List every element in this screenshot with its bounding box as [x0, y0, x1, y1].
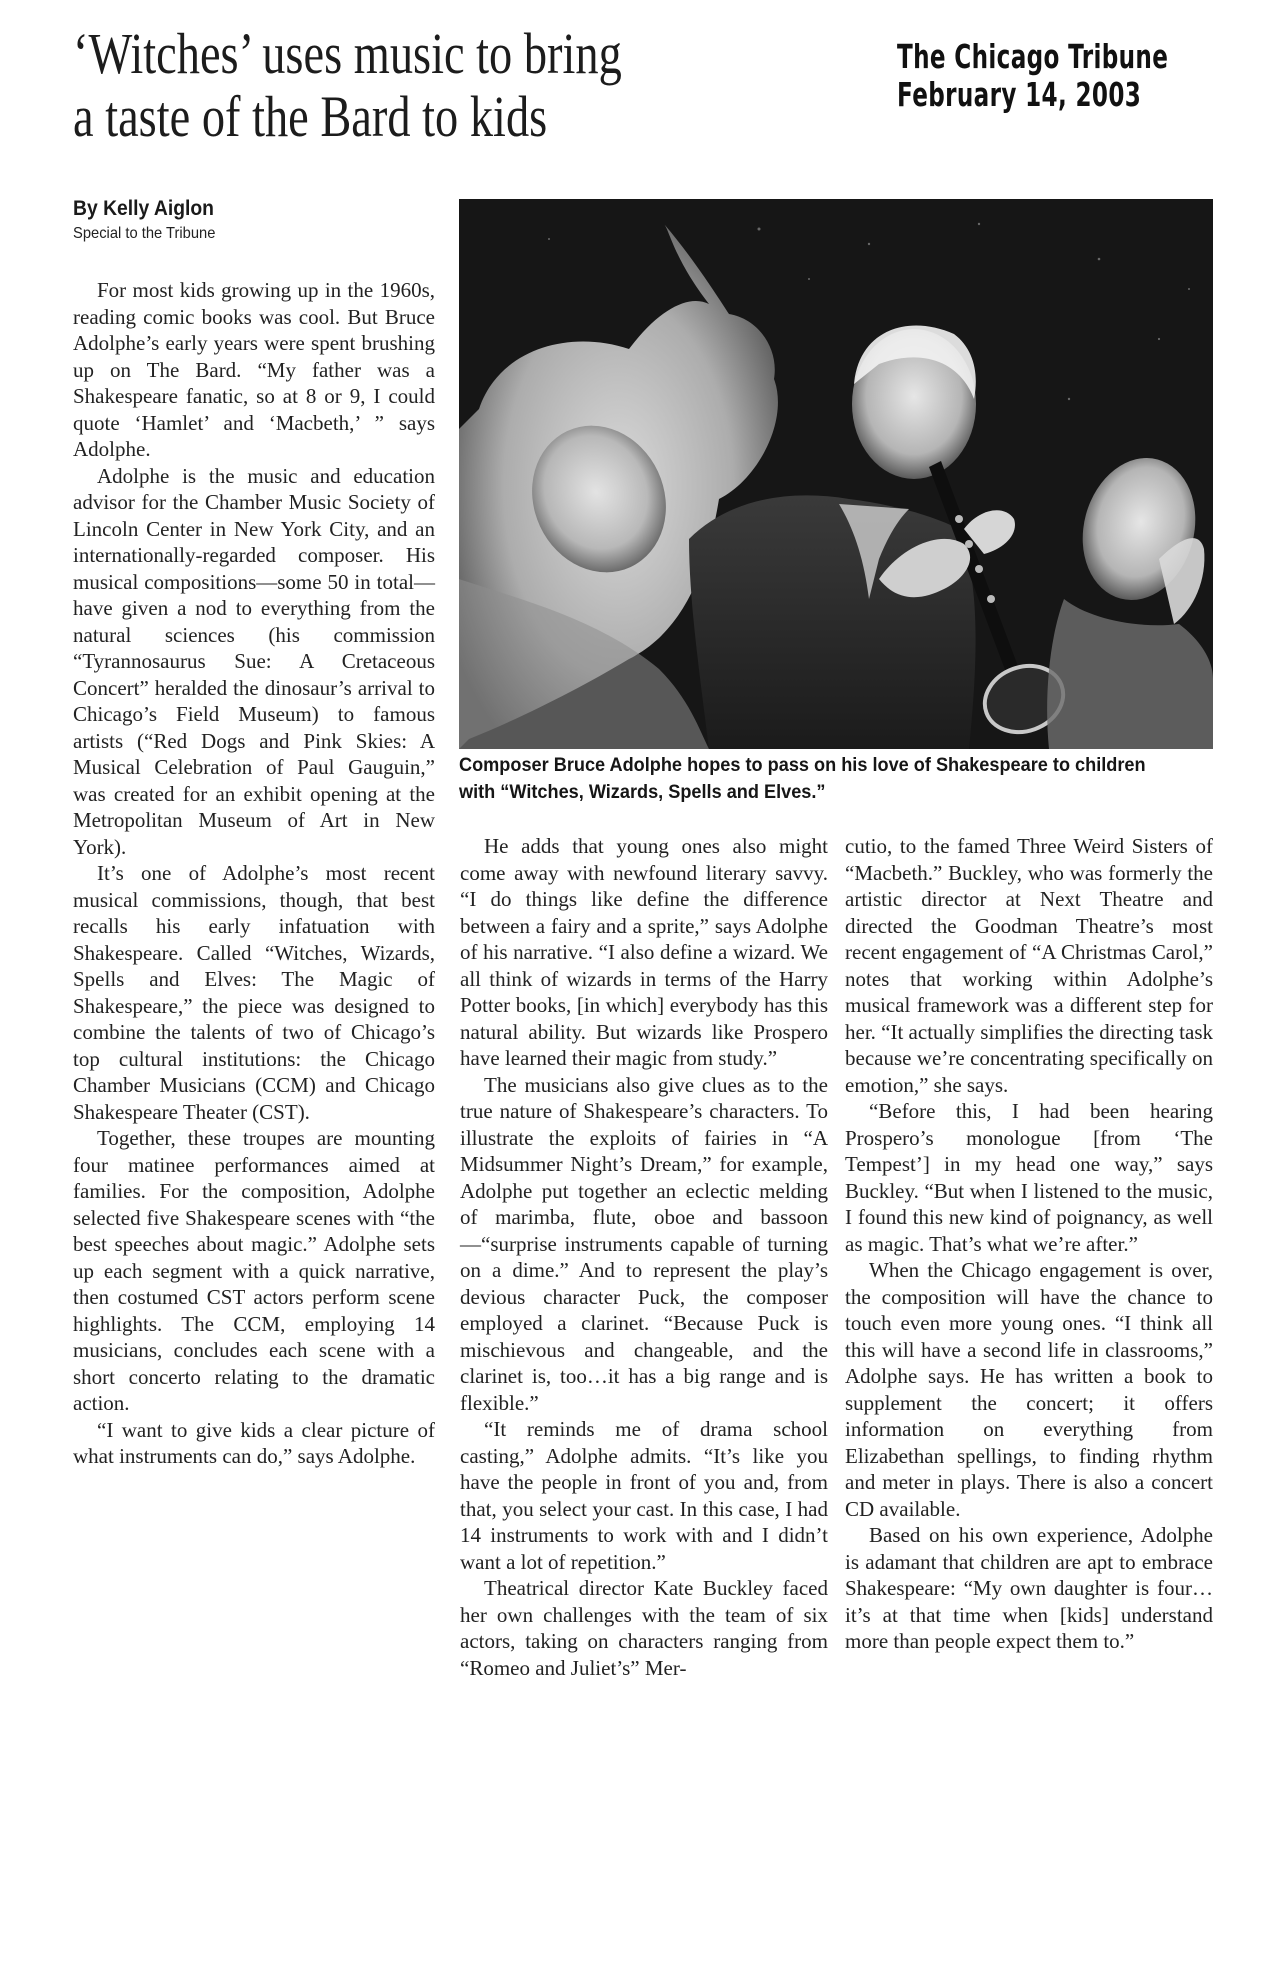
- paragraph: For most kids growing up in the 1960s, r…: [73, 277, 435, 463]
- paragraph: “It reminds me of drama school casting,”…: [460, 1416, 828, 1575]
- article-column-1: For most kids growing up in the 1960s, r…: [73, 277, 435, 1470]
- article-headline: ‘Witches’ uses music to bring a taste of…: [73, 22, 841, 148]
- paragraph: cutio, to the famed Three Weird Sisters …: [845, 833, 1213, 1098]
- byline: By Kelly Aiglon Special to the Tribune: [73, 196, 228, 246]
- paragraph: Theatrical director Kate Buckley faced h…: [460, 1575, 828, 1681]
- article-column-3: cutio, to the famed Three Weird Sisters …: [845, 833, 1213, 1655]
- paragraph: “I want to give kids a clear picture of …: [73, 1417, 435, 1470]
- article-column-2: He adds that young ones also might come …: [460, 833, 828, 1681]
- author-name: By Kelly Aiglon: [73, 196, 215, 222]
- photo-image: [459, 199, 1213, 749]
- publication-name: The Chicago Tribune: [897, 38, 1168, 76]
- article-photo: [459, 199, 1213, 749]
- paragraph: When the Chicago engagement is over, the…: [845, 1257, 1213, 1522]
- caption-subject: Composer Bruce Adolphe: [459, 754, 682, 776]
- paragraph: “Before this, I had been hearing Prosper…: [845, 1098, 1213, 1257]
- paragraph: Together, these troupes are mounting fou…: [73, 1125, 435, 1417]
- paragraph: The musicians also give clues as to the …: [460, 1072, 828, 1417]
- headline-line-1: ‘Witches’ uses music to bring: [73, 22, 841, 85]
- photo-caption: Composer Bruce Adolphe hopes to pass on …: [459, 752, 1166, 806]
- publication-date: February 14, 2003: [897, 76, 1168, 114]
- masthead: The Chicago Tribune February 14, 2003: [897, 38, 1168, 114]
- paragraph: He adds that young ones also might come …: [460, 833, 828, 1072]
- author-credit: Special to the Tribune: [73, 222, 215, 246]
- paragraph: Based on his own experience, Adolphe is …: [845, 1522, 1213, 1655]
- paragraph: It’s one of Adolphe’s most recent musica…: [73, 860, 435, 1125]
- headline-line-2: a taste of the Bard to kids: [73, 85, 841, 148]
- paragraph: Adolphe is the music and education advis…: [73, 463, 435, 861]
